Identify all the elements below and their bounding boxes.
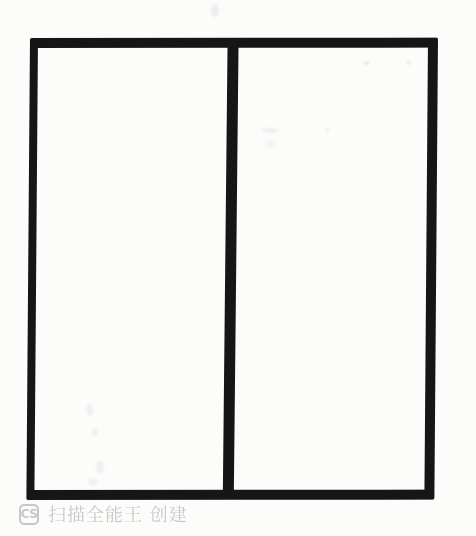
- center-divider-line: [223, 47, 239, 491]
- camscanner-watermark: CS 扫描全能王 创建: [19, 501, 188, 527]
- scanned-page: CS 扫描全能王 创建: [0, 0, 476, 536]
- watermark-text: 扫描全能王 创建: [48, 501, 188, 527]
- camscanner-logo-icon: CS: [19, 504, 39, 525]
- rectangle-frame: [26, 38, 438, 500]
- scan-smudge: [211, 4, 219, 17]
